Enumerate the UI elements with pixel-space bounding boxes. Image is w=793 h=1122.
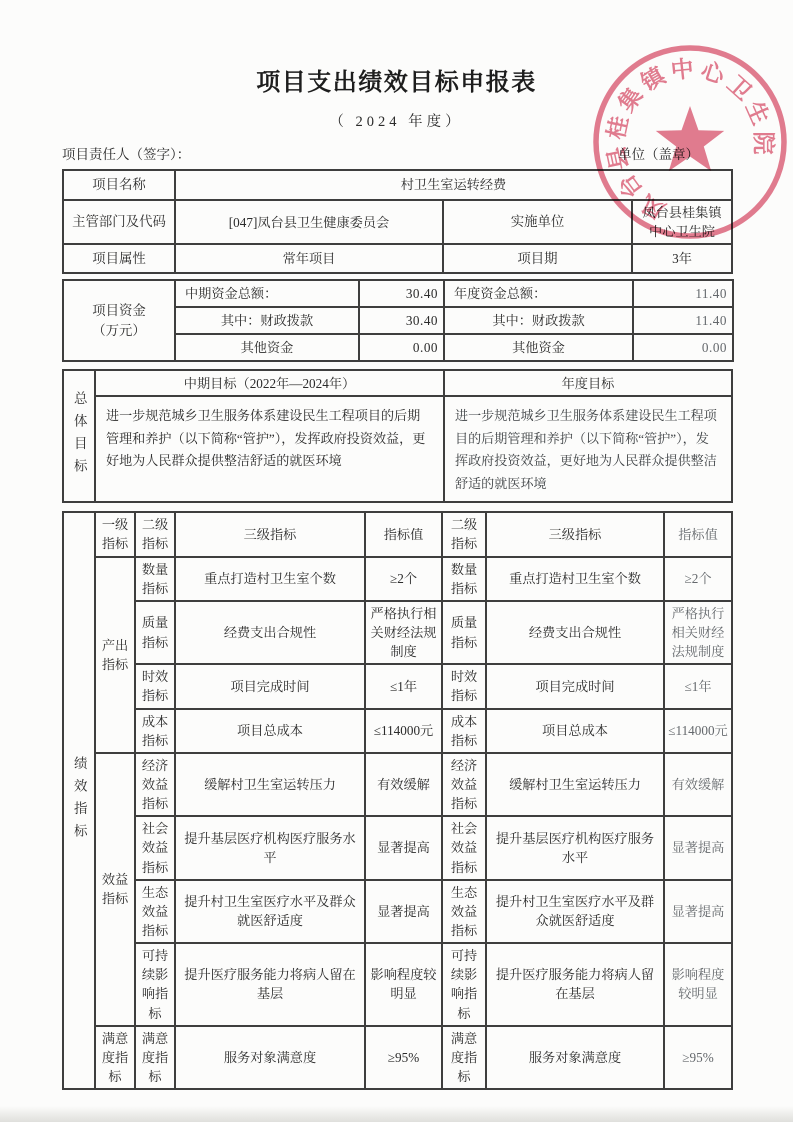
- project-name-value: 村卫生室运转经费: [175, 170, 732, 200]
- indicator-level2: 质量指标: [135, 601, 175, 664]
- indicator-row: 成本指标 项目总成本 ≤114000元 成本指标 项目总成本 ≤114000元: [63, 709, 732, 753]
- indicator-level2: 社会效益指标: [135, 816, 175, 879]
- attr-value: 常年项目: [175, 244, 443, 273]
- indicator-level2-annual: 可持续影响指标: [442, 943, 486, 1026]
- indicator-value: 有效缓解: [365, 753, 442, 816]
- header-level3: 三级指标: [175, 512, 365, 556]
- indicator-row: 可持续影响指标 提升医疗服务能力将病人留在基层 影响程度较明显 可持续影响指标 …: [63, 943, 732, 1026]
- table-row: 项目名称 村卫生室运转经费: [63, 170, 732, 200]
- document-year-subtitle: （ 2024 年度）: [0, 110, 793, 131]
- indicator-row: 时效指标 项目完成时间 ≤1年 时效指标 项目完成时间 ≤1年: [63, 664, 732, 708]
- indicator-level3-annual: 项目总成本: [486, 709, 664, 753]
- indicator-level3-annual: 提升基层医疗机构医疗服务水平: [486, 816, 664, 879]
- indicator-level2: 时效指标: [135, 664, 175, 708]
- indicator-level2: 经济效益指标: [135, 753, 175, 816]
- table-row: 进一步规范城乡卫生服务体系建设民生工程项目的后期管理和养护（以下简称“管护”），…: [63, 396, 732, 502]
- indicator-row: 社会效益指标 提升基层医疗机构医疗服务水平 显著提高 社会效益指标 提升基层医疗…: [63, 816, 732, 879]
- indicator-level3: 提升村卫生室医疗水平及群众就医舒适度: [175, 880, 365, 943]
- funding-label-line2: （万元）: [68, 321, 170, 340]
- indicator-level3: 提升医疗服务能力将病人留在基层: [175, 943, 365, 1026]
- indicator-level3-annual: 缓解村卫生室运转压力: [486, 753, 664, 816]
- indicator-header-row: 绩效指标 一级指标 二级指标 三级指标 指标值 二级指标 三级指标 指标值: [63, 512, 732, 556]
- indicator-level3: 项目总成本: [175, 709, 365, 753]
- indicator-value-annual: 有效缓解: [664, 753, 732, 816]
- table-row: 总体目标 中期目标（2022年—2024年） 年度目标: [63, 370, 732, 396]
- indicator-level3: 重点打造村卫生室个数: [175, 557, 365, 601]
- year-goal-text: 进一步规范城乡卫生服务体系建设民生工程项目的后期管理和养护（以下简称“管护”），…: [444, 396, 732, 502]
- indicator-row: 质量指标 经费支出合规性 严格执行相关财经法规制度 质量指标 经费支出合规性 严…: [63, 601, 732, 664]
- indicator-level2-annual: 成本指标: [442, 709, 486, 753]
- impl-unit-label: 实施单位: [443, 200, 632, 244]
- indicator-value-annual: ≥2个: [664, 557, 732, 601]
- indicator-value: ≥95%: [365, 1026, 442, 1089]
- mid-goal-text: 进一步规范城乡卫生服务体系建设民生工程项目的后期管理和养护（以下简称“管护”），…: [95, 396, 444, 502]
- indicator-level2: 数量指标: [135, 557, 175, 601]
- mid-total-label: 中期资金总额：: [175, 280, 359, 307]
- indicator-value: 影响程度较明显: [365, 943, 442, 1026]
- indicator-level3-annual: 提升村卫生室医疗水平及群众就医舒适度: [486, 880, 664, 943]
- indicator-level2-annual: 时效指标: [442, 664, 486, 708]
- table-row: 项目资金 （万元） 中期资金总额： 30.40 年度资金总额： 11.40: [63, 280, 733, 307]
- scanned-document-page: 项目支出绩效目标申报表 （ 2024 年度） 项目责任人（签字）： 单位（盖章）…: [0, 0, 793, 1122]
- indicator-level2: 可持续影响指标: [135, 943, 175, 1026]
- year-other-value: 0.00: [633, 334, 733, 361]
- indicator-value: 显著提高: [365, 880, 442, 943]
- indicator-row: 生态效益指标 提升村卫生室医疗水平及群众就医舒适度 显著提高 生态效益指标 提升…: [63, 880, 732, 943]
- indicator-level2-annual: 社会效益指标: [442, 816, 486, 879]
- indicator-value-annual: 影响程度较明显: [664, 943, 732, 1026]
- indicator-level3-annual: 提升医疗服务能力将病人留在基层: [486, 943, 664, 1026]
- indicator-value: ≥2个: [365, 557, 442, 601]
- indicator-value: 显著提高: [365, 816, 442, 879]
- performance-label: 绩效指标: [63, 512, 95, 1089]
- project-name-label: 项目名称: [63, 170, 175, 200]
- header-level2: 二级指标: [135, 512, 175, 556]
- overall-goal-label: 总体目标: [63, 370, 95, 502]
- project-info-table: 项目名称 村卫生室运转经费 主管部门及代码 [047]凤台县卫生健康委员会 实施…: [62, 169, 733, 274]
- indicator-row: 效益指标 经济效益指标 缓解村卫生室运转压力 有效缓解 经济效益指标 缓解村卫生…: [63, 753, 732, 816]
- indicator-value-annual: 显著提高: [664, 880, 732, 943]
- period-label: 项目期: [443, 244, 632, 273]
- indicator-value-annual: 显著提高: [664, 816, 732, 879]
- indicator-value-annual: ≤114000元: [664, 709, 732, 753]
- indicator-level2-annual: 质量指标: [442, 601, 486, 664]
- table-row: 项目属性 常年项目 项目期 3年: [63, 244, 732, 273]
- impl-unit-value: 凤台县桂集镇中心卫生院: [632, 200, 732, 244]
- indicator-level3-annual: 服务对象满意度: [486, 1026, 664, 1089]
- indicator-level3: 服务对象满意度: [175, 1026, 365, 1089]
- scan-shadow: [0, 1106, 793, 1122]
- header-level1: 一级指标: [95, 512, 135, 556]
- indicator-level3: 项目完成时间: [175, 664, 365, 708]
- indicator-level2: 满意度指标: [135, 1026, 175, 1089]
- svg-text:院: 院: [751, 132, 776, 155]
- group-satisfaction: 满意度指标: [95, 1026, 135, 1089]
- header-level2-annual: 二级指标: [442, 512, 486, 556]
- group-benefit: 效益指标: [95, 753, 135, 1026]
- table-row: 主管部门及代码 [047]凤台县卫生健康委员会 实施单位 凤台县桂集镇中心卫生院: [63, 200, 732, 244]
- indicator-level3-annual: 重点打造村卫生室个数: [486, 557, 664, 601]
- mid-fiscal-label: 其中：财政拨款: [175, 307, 359, 334]
- mid-other-value: 0.00: [359, 334, 444, 361]
- indicator-value: 严格执行相关财经法规制度: [365, 601, 442, 664]
- funding-label: 项目资金 （万元）: [63, 280, 175, 361]
- indicator-level2: 成本指标: [135, 709, 175, 753]
- mid-total-value: 30.40: [359, 280, 444, 307]
- indicator-level3-annual: 经费支出合规性: [486, 601, 664, 664]
- year-total-value: 11.40: [633, 280, 733, 307]
- group-output: 产出指标: [95, 557, 135, 753]
- indicator-row: 满意度指标 满意度指标 服务对象满意度 ≥95% 满意度指标 服务对象满意度 ≥…: [63, 1026, 732, 1089]
- header-level3-annual: 三级指标: [486, 512, 664, 556]
- overall-goals-table: 总体目标 中期目标（2022年—2024年） 年度目标 进一步规范城乡卫生服务体…: [62, 369, 733, 503]
- header-value-annual: 指标值: [664, 512, 732, 556]
- indicator-value-annual: 严格执行相关财经法规制度: [664, 601, 732, 664]
- indicator-level3: 提升基层医疗机构医疗服务水平: [175, 816, 365, 879]
- indicator-level3: 经费支出合规性: [175, 601, 365, 664]
- signature-row: 项目责任人（签字）： 单位（盖章）: [62, 143, 731, 163]
- performance-indicators-table: 绩效指标 一级指标 二级指标 三级指标 指标值 二级指标 三级指标 指标值 产出…: [62, 511, 733, 1090]
- document-title: 项目支出绩效目标申报表: [0, 0, 793, 97]
- year-total-label: 年度资金总额：: [444, 280, 633, 307]
- project-signer-label: 项目责任人（签字）：: [62, 143, 190, 163]
- indicator-value: ≤114000元: [365, 709, 442, 753]
- mid-fiscal-value: 30.40: [359, 307, 444, 334]
- indicator-value-annual: ≤1年: [664, 664, 732, 708]
- dept-value: [047]凤台县卫生健康委员会: [175, 200, 443, 244]
- project-funding-table: 项目资金 （万元） 中期资金总额： 30.40 年度资金总额： 11.40 其中…: [62, 279, 734, 362]
- indicator-value: ≤1年: [365, 664, 442, 708]
- header-value: 指标值: [365, 512, 442, 556]
- year-fiscal-label: 其中：财政拨款: [444, 307, 633, 334]
- indicator-row: 产出指标 数量指标 重点打造村卫生室个数 ≥2个 数量指标 重点打造村卫生室个数…: [63, 557, 732, 601]
- indicator-level3-annual: 项目完成时间: [486, 664, 664, 708]
- indicator-level2: 生态效益指标: [135, 880, 175, 943]
- attr-label: 项目属性: [63, 244, 175, 273]
- indicator-level2-annual: 数量指标: [442, 557, 486, 601]
- year-other-label: 其他资金: [444, 334, 633, 361]
- indicator-level2-annual: 满意度指标: [442, 1026, 486, 1089]
- funding-label-line1: 项目资金: [68, 301, 170, 320]
- year-fiscal-value: 11.40: [633, 307, 733, 334]
- indicator-level3: 缓解村卫生室运转压力: [175, 753, 365, 816]
- mid-goal-header: 中期目标（2022年—2024年）: [95, 370, 444, 396]
- year-goal-header: 年度目标: [444, 370, 732, 396]
- period-value: 3年: [632, 244, 732, 273]
- dept-label: 主管部门及代码: [63, 200, 175, 244]
- indicator-level2-annual: 经济效益指标: [442, 753, 486, 816]
- indicator-value-annual: ≥95%: [664, 1026, 732, 1089]
- unit-stamp-label: 单位（盖章）: [618, 143, 731, 163]
- mid-other-label: 其他资金: [175, 334, 359, 361]
- indicator-level2-annual: 生态效益指标: [442, 880, 486, 943]
